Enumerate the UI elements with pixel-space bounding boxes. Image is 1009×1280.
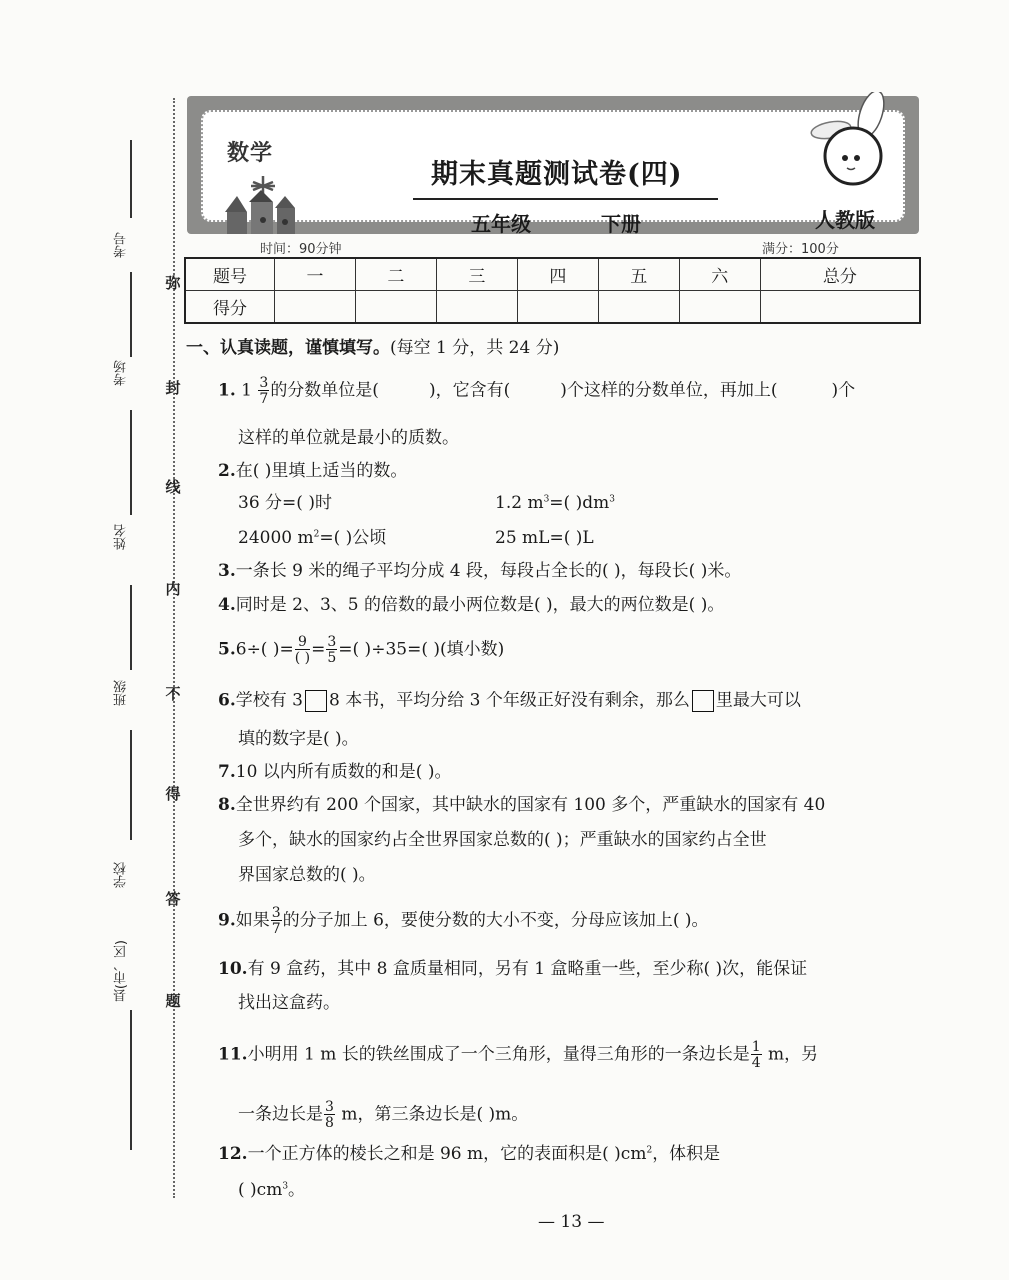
question-8-line-2: 多个，缺水的国家约占全世界国家总数的( )；严重缺水的国家约占全世	[238, 832, 767, 849]
exam-title: 期末真题测试卷(四)	[431, 152, 683, 191]
text: 。	[288, 1180, 305, 1200]
seal-char: 内	[164, 578, 182, 599]
time-limit: 时间：90分钟	[260, 238, 342, 257]
question-number: 2.	[218, 461, 236, 481]
score-cell[interactable]	[436, 291, 517, 324]
table-header-cell: 二	[355, 258, 436, 291]
text: 6÷( )=	[236, 640, 294, 660]
text: 学校有 3	[236, 691, 303, 711]
table-header-cell: 一	[275, 258, 356, 291]
text: 24000 m	[238, 528, 314, 548]
text: 在( )里填上适当的数。	[236, 461, 408, 481]
question-11: 11.小明用 1 m 长的铁丝围成了一个三角形，量得三角形的一条边长是14 m，…	[218, 1040, 818, 1070]
section-heading: 一、认真读题，谨慎填写。(每空 1 分，共 24 分)	[186, 333, 559, 358]
text: 的分子加上 6，要使分数的大小不变，分母应该加上( )。	[283, 911, 709, 931]
question-2-item-a: 36 分=( )时	[238, 495, 332, 512]
question-2: 2.在( )里填上适当的数。	[218, 463, 407, 480]
question-2-item-b: 1.2 m3=( )dm3	[495, 495, 615, 512]
text: m，第三条边长是( )m。	[336, 1105, 528, 1125]
subject-label: 数学	[227, 136, 273, 167]
table-header-cell: 题号	[185, 258, 275, 291]
question-number: 3.	[218, 561, 236, 581]
numerator: 1	[751, 1040, 762, 1055]
question-number: 9.	[218, 911, 236, 931]
page-number: — 13 —	[538, 1212, 604, 1232]
table-row: 得分	[185, 291, 920, 324]
table-header-cell: 六	[679, 258, 760, 291]
seal-dotted-line	[173, 98, 175, 1198]
table-header-cell: 总分	[760, 258, 920, 291]
score-cell[interactable]	[598, 291, 679, 324]
volume-label: 下册	[601, 208, 641, 237]
text: 一条长 9 米的绳子平均分成 4 段，每段占全长的( )，每段长( )米。	[236, 561, 742, 581]
full-score: 满分：100分	[762, 238, 839, 257]
question-1-line-2: 这样的单位就是最小的质数。	[238, 430, 459, 447]
score-cell[interactable]	[760, 291, 920, 324]
numerator: 9	[295, 635, 310, 650]
table-header-cell: 四	[517, 258, 598, 291]
denominator: 4	[751, 1055, 762, 1070]
header-banner: 数学 期末真题测试卷(四) 五年级 下册 人教版	[187, 96, 919, 234]
seal-char: 弥	[164, 272, 182, 293]
castle-icon	[223, 172, 303, 234]
question-number: 6.	[218, 691, 236, 711]
text: 里最大可以	[716, 691, 801, 711]
question-11-line-2: 一条边长是38 m，第三条边长是( )m。	[238, 1100, 528, 1130]
numerator: 3	[258, 376, 269, 391]
question-number: 8.	[218, 795, 236, 815]
text: m，另	[763, 1045, 819, 1065]
question-1: 1. 1 37的分数单位是()，它含有()个这样的分数单位，再加上()个	[218, 376, 855, 406]
text: 同时是 2、3、5 的倍数的最小两位数是( )，最大的两位数是( )。	[236, 595, 725, 615]
question-10-line-2: 找出这盒药。	[238, 995, 340, 1012]
numerator: 3	[271, 906, 282, 921]
text: 如果	[236, 911, 270, 931]
table-header-cell: 五	[598, 258, 679, 291]
field-label-name: 姓名	[112, 524, 131, 550]
field-label-exam-room: 考场	[112, 360, 131, 386]
denominator: 8	[324, 1115, 335, 1130]
text: =( )÷35=( )(填小数)	[338, 640, 504, 660]
text: 8 本书，平均分给 3 个年级正好没有剩余，那么	[329, 691, 690, 711]
field-label-exam-number: 考号	[112, 232, 131, 258]
denominator: 7	[271, 921, 282, 936]
score-cell[interactable]	[355, 291, 436, 324]
question-2-item-d: 25 mL=( )L	[495, 530, 594, 547]
field-label-school: 学校	[112, 862, 131, 888]
text: )个	[831, 381, 855, 401]
text: 一条边长是	[238, 1105, 323, 1125]
question-3: 3.一条长 9 米的绳子平均分成 4 段，每段占全长的( )，每段长( )米。	[218, 563, 741, 580]
seal-char: 不	[164, 683, 182, 704]
question-8: 8.全世界约有 200 个国家，其中缺水的国家有 100 多个，严重缺水的国家有…	[218, 797, 825, 814]
question-4: 4.同时是 2、3、5 的倍数的最小两位数是( )，最大的两位数是( )。	[218, 597, 724, 614]
text: 的分数单位是(	[270, 381, 379, 401]
text: )个这样的分数单位，再加上(	[560, 381, 777, 401]
text: 小明用 1 m 长的铁丝围成了一个三角形，量得三角形的一条边长是	[248, 1045, 750, 1065]
question-8-line-3: 界国家总数的( )。	[238, 867, 376, 884]
denominator: 5	[326, 650, 337, 665]
field-label-class: 班级	[112, 680, 131, 706]
question-number: 7.	[218, 762, 236, 782]
fraction: 38	[324, 1100, 335, 1130]
question-number: 4.	[218, 595, 236, 615]
score-table: 题号 一 二 三 四 五 六 总分 得分	[184, 257, 921, 324]
seal-char: 封	[164, 377, 182, 398]
digit-box[interactable]	[305, 690, 327, 712]
question-10: 10.有 9 盒药，其中 8 盒质量相同，另有 1 盒略重一些，至少称( )次，…	[218, 961, 807, 978]
text: =	[311, 640, 325, 660]
question-number: 1.	[218, 381, 236, 401]
question-number: 11.	[218, 1045, 248, 1065]
table-row: 题号 一 二 三 四 五 六 总分	[185, 258, 920, 291]
table-row-label: 得分	[185, 291, 275, 324]
section-points: (每空 1 分，共 24 分)	[390, 338, 559, 358]
table-header-cell: 三	[436, 258, 517, 291]
title-divider	[413, 198, 718, 200]
question-number: 5.	[218, 640, 236, 660]
fraction: 9( )	[295, 635, 310, 665]
denominator: ( )	[295, 650, 310, 665]
banner-inner: 数学 期末真题测试卷(四) 五年级 下册 人教版	[201, 110, 905, 222]
school-line[interactable]	[130, 730, 132, 840]
seal-char: 题	[164, 990, 182, 1011]
section-title: 一、认真读题，谨慎填写。	[186, 338, 390, 358]
grade-label: 五年级	[471, 208, 531, 237]
text: =( )公顷	[319, 528, 386, 548]
exam-number-line[interactable]	[130, 140, 132, 218]
question-6-line-2: 填的数字是( )。	[238, 731, 359, 748]
question-5: 5.6÷( )=9( )=35=( )÷35=( )(填小数)	[218, 635, 504, 665]
text: =( )dm	[549, 493, 609, 513]
question-2-item-c: 24000 m2=( )公顷	[238, 530, 386, 547]
text: 一个正方体的棱长之和是 96 m，它的表面积是( )cm	[248, 1144, 647, 1164]
fraction: 37	[271, 906, 282, 936]
score-cell[interactable]	[517, 291, 598, 324]
digit-box[interactable]	[692, 690, 714, 712]
bunny-mascot-icon	[807, 92, 897, 188]
mixed-whole: 1	[241, 381, 252, 401]
score-cell[interactable]	[679, 291, 760, 324]
text: 有 9 盒药，其中 8 盒质量相同，另有 1 盒略重一些，至少称( )次，能保证	[248, 959, 808, 979]
field-label-county: 县(市、区)	[112, 940, 131, 1002]
question-number: 10.	[218, 959, 248, 979]
fraction: 37	[258, 376, 269, 406]
question-7: 7.10 以内所有质数的和是( )。	[218, 764, 451, 781]
text: ( )cm	[238, 1180, 282, 1200]
name-line[interactable]	[130, 410, 132, 515]
question-12: 12.一个正方体的棱长之和是 96 m，它的表面积是( )cm2，体积是	[218, 1146, 720, 1163]
text: ，体积是	[652, 1144, 720, 1164]
text: 1.2 m	[495, 493, 544, 513]
denominator: 7	[258, 391, 269, 406]
class-line[interactable]	[130, 585, 132, 670]
question-12-line-2: ( )cm3。	[238, 1182, 305, 1199]
question-6: 6.学校有 38 本书，平均分给 3 个年级正好没有剩余，那么里最大可以	[218, 690, 801, 712]
county-line[interactable]	[130, 1010, 132, 1150]
fraction: 14	[751, 1040, 762, 1070]
text: )，它含有(	[429, 381, 510, 401]
edition-label: 人教版	[815, 204, 875, 233]
score-cell[interactable]	[275, 291, 356, 324]
superscript: 3	[609, 494, 615, 504]
text: 10 以内所有质数的和是( )。	[236, 762, 452, 782]
numerator: 3	[324, 1100, 335, 1115]
seal-char: 得	[164, 783, 182, 804]
fraction: 35	[326, 635, 337, 665]
seal-char: 答	[164, 888, 182, 909]
exam-room-line[interactable]	[130, 272, 132, 357]
text: 全世界约有 200 个国家，其中缺水的国家有 100 多个，严重缺水的国家有 4…	[236, 795, 826, 815]
seal-char: 线	[164, 476, 182, 497]
question-9: 9.如果37的分子加上 6，要使分数的大小不变，分母应该加上( )。	[218, 906, 709, 936]
question-number: 12.	[218, 1144, 248, 1164]
numerator: 3	[326, 635, 337, 650]
